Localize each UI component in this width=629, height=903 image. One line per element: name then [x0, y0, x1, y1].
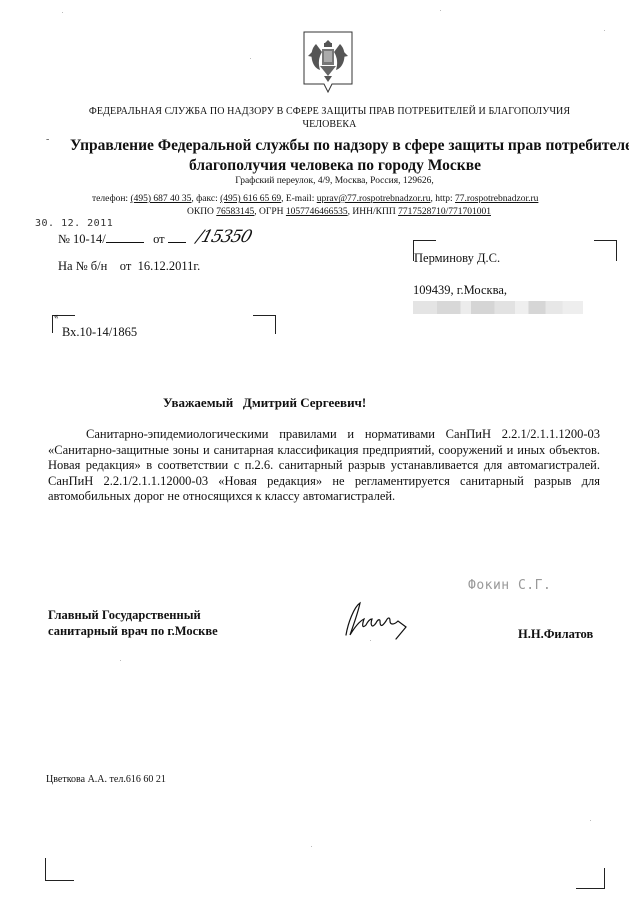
quote-mark: «	[54, 311, 59, 321]
scan-speck	[311, 846, 312, 847]
registration-stamp-date: 30. 12. 2011	[35, 218, 113, 229]
in-reply-reference: На № б/н от 16.12.2011г.	[58, 259, 200, 274]
inn-kpp-code: 7717528710/771701001	[398, 207, 491, 217]
redacted-address	[413, 301, 583, 314]
letter-body: Санитарно-эпидемиологическими правилами …	[48, 427, 600, 505]
scan-speck	[250, 58, 251, 59]
office-title: Управление Федеральной службы по надзору…	[40, 136, 620, 176]
scan-speck	[120, 660, 121, 661]
scan-speck	[440, 10, 441, 11]
scan-speck	[604, 30, 605, 31]
number-blank	[106, 242, 144, 243]
page-corner-bottom-left	[45, 858, 74, 881]
signer-title: Главный Государственный санитарный врач …	[48, 608, 218, 639]
office-address: Графский переулок, 4/9, Москва, Россия, …	[0, 176, 629, 186]
executor-contact: Цветкова А.А. тел.616 60 21	[46, 774, 166, 785]
phone-number: (495) 687 40 35	[130, 194, 191, 204]
office-contacts: телефон: (495) 687 40 35, факс: (495) 61…	[92, 193, 629, 219]
signature-icon	[340, 595, 410, 645]
handwritten-number: /15350	[194, 227, 253, 247]
recipient-name: Перминову Д.С.	[414, 251, 500, 266]
salutation: Уважаемый Дмитрий Сергеевич!	[163, 395, 366, 411]
outgoing-reference: № 10-14/ от	[58, 232, 186, 247]
recipient-corner-top-right	[594, 240, 617, 261]
incoming-number: Вх.10-14/1865	[62, 325, 137, 340]
ogrn-code: 1057746466535	[286, 207, 348, 217]
agency-name: ФЕДЕРАЛЬНАЯ СЛУЖБА ПО НАДЗОРУ В СФЕРЕ ЗА…	[0, 105, 629, 131]
fax-number: (495) 616 65 69	[220, 194, 281, 204]
incoming-corner-top-right	[253, 315, 276, 334]
email-link[interactable]: uprav@77.rospotrebnadzor.ru	[317, 194, 431, 204]
scan-speck	[62, 12, 63, 13]
website-link[interactable]: 77.rospotrebnadzor.ru	[455, 194, 538, 204]
okpo-code: 76583145	[216, 207, 254, 217]
page-corner-bottom-right	[576, 868, 605, 889]
name-stamp: Фокин С.Г.	[468, 578, 551, 593]
scan-speck	[370, 640, 371, 641]
recipient-address: 109439, г.Москва,	[413, 283, 507, 298]
signer-name: Н.Н.Филатов	[518, 627, 593, 642]
date-blank	[168, 242, 186, 243]
scan-speck	[590, 820, 591, 821]
coat-of-arms-icon	[302, 30, 354, 96]
registry-codes: ОКПО 76583145, ОГРН 1057746466535, ИНН/К…	[92, 206, 629, 219]
